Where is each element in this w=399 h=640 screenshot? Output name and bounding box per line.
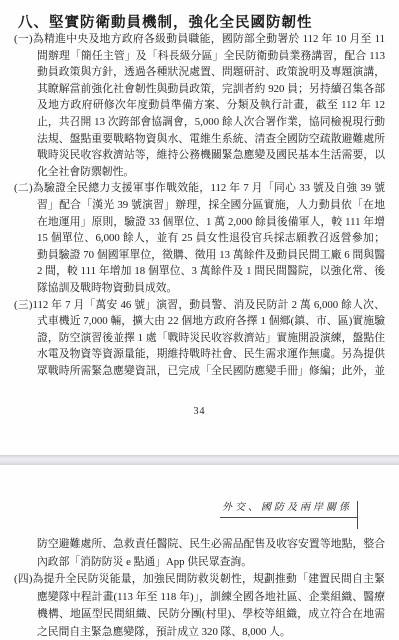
text-line: 15 個單位、6,000 餘人，並有 25 員女性退役官兵採志願教召返營參加；物… (14, 230, 385, 247)
text-line: 式車機近 7,000 輛，擴大由 22 個地方政府各擇 1 個鄉(鎮、市、區)實… (14, 313, 385, 330)
text-line: (二)為驗證全民總力支援軍事作戰效能，112 年 7 月「同心 33 號及自強 … (14, 180, 385, 197)
running-header: 外交、國防及兩岸關係 (220, 498, 357, 518)
page-34: 八、堅實防衛動員機制，強化全民國防韌性 (一)為精進中央及地方政府各級動員職能，… (0, 0, 399, 455)
text-line: 動員驗證 70 個國軍單位，徵購、徵用 13 萬餘件及動員民間工廠 6 間與醫院 (14, 247, 385, 264)
text-line: 內政部「消防防災 e 點通」App 供民眾查詢。 (14, 554, 385, 572)
text-line: 防空避難處所、急救責任醫院、民生必需品配售及收容安置等地點，整合於 (14, 536, 385, 554)
text-line: (一)為精進中央及地方政府各級動員職能，國防部全動署於 112 年 10 月至 … (14, 31, 385, 48)
text-line: 其瞭解當前強化社會韌性與動員政策，完訓者約 920 員；另持續召集各部會 (14, 81, 385, 98)
page-34-body: (一)為精進中央及地方政府各級動員職能，國防部全動署於 112 年 10 月至 … (14, 31, 385, 379)
text-line: 戰時災民收容救濟站等，維持公務機關緊急應變及國民基本生活需要，以強 (14, 147, 385, 164)
section-heading: 八、堅實防衛動員機制，強化全民國防韌性 (18, 11, 313, 32)
text-line: (三)112 年 7 月「萬安 46 號」演習，動員警、消及民防計 2 萬 6,… (14, 297, 385, 314)
text-line: 機構、地區型民間組織、民防分團(村里)、學校等組織，成立符合在地需求 (14, 606, 385, 624)
text-line: 間辦理「簡任主管」及「科長級分區」全民防衛動員業務講習，配合 113 年 (14, 48, 385, 65)
text-line: (四)為提升全民防災能量，加強民間防救災韌性，規劃推動「建置民間自主緊急 (14, 571, 385, 589)
page-35: 外交、國防及兩岸關係 防空避難處所、急救責任醫院、民生必需品配售及收容安置等地點… (0, 465, 399, 640)
text-line: 眾戰時所需緊急應變資訊，已完成「全民國防應變手冊」修編；此外，並將 (14, 363, 385, 380)
document-viewport: 八、堅實防衛動員機制，強化全民國防韌性 (一)為精進中央及地方政府各級動員職能，… (0, 0, 399, 640)
text-line: 水電及物資等資源量能，期維持戰時社會、民生需求運作無虞。另為提供民 (14, 346, 385, 363)
text-line: 隊協訓及戰時物資動員成效。 (14, 280, 385, 297)
page-break-divider (0, 455, 399, 465)
text-line: 習」配合「漢光 39 號演習」辦理，採全國分區實施，人力動員依「在地動員、 (14, 197, 385, 214)
text-line: 證，防空演習後並擇 1 處「戰時災民收容救濟站」實施開設演練，盤點住宿、 (14, 330, 385, 347)
text-line: 法規、盤點重要戰略物資與水、電維生系統、清查全國防空疏散避難處所及 (14, 131, 385, 148)
page-number: 34 (0, 406, 399, 417)
text-line: 化全社會防禦韌性。 (14, 164, 385, 181)
text-line: 止，共召開 13 次跨部會協調會，5,000 餘人次合署作業，協同檢視現行動員 (14, 114, 385, 131)
page-35-body: 防空避難處所、急救責任醫院、民生必需品配售及收容安置等地點，整合於 內政部「消防… (14, 536, 385, 640)
text-line: 2 間，較 111 年增加 18 個單位、3 萬餘件及 1 間民間醫院，以強化常… (14, 263, 385, 280)
running-header-rule (357, 501, 358, 529)
text-line: 之民間自主緊急應變隊，預計成立 320 隊、8,000 人。 (14, 624, 385, 640)
text-line: 應變隊中程計畫(113 年至 118 年)」，訓練全國各地社區、企業組織、醫療 (14, 589, 385, 607)
text-line: 在地運用」原則，驗證 33 個單位、1 萬 2,000 餘員後備軍人，較 111… (14, 214, 385, 231)
text-line: 及地方政府研修次年度動員準備方案、分類及執行計畫，截至 112 年 12 月底 (14, 97, 385, 114)
text-line: 動員政策與方針，透過各種狀況處置、問題研討、政策說明及專題演講，使 (14, 64, 385, 81)
